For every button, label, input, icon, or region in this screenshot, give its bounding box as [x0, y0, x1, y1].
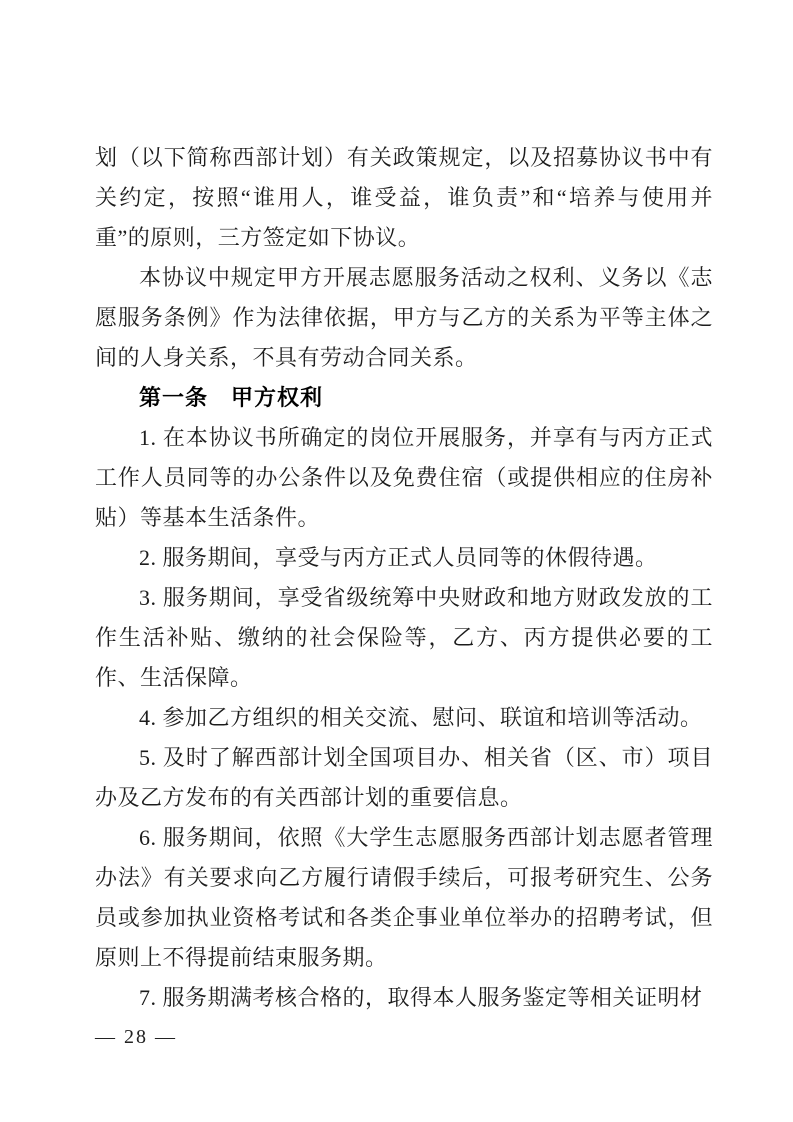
document-page: 划（以下简称西部计划）有关政策规定，以及招募协议书中有关约定，按照“谁用人，谁受… — [0, 0, 793, 1122]
clause-2: 2. 服务期间，享受与丙方正式人员同等的休假待遇。 — [95, 538, 713, 578]
paragraph-continuation: 划（以下简称西部计划）有关政策规定，以及招募协议书中有关约定，按照“谁用人，谁受… — [95, 138, 713, 258]
paragraph-intro: 本协议中规定甲方开展志愿服务活动之权利、义务以《志愿服务条例》作为法律依据，甲方… — [95, 258, 713, 378]
section-heading-article-1: 第一条 甲方权利 — [95, 378, 713, 418]
clause-1: 1. 在本协议书所确定的岗位开展服务，并享有与丙方正式工作人员同等的办公条件以及… — [95, 418, 713, 538]
document-body: 划（以下简称西部计划）有关政策规定，以及招募协议书中有关约定，按照“谁用人，谁受… — [95, 138, 713, 1018]
clause-7: 7. 服务期满考核合格的，取得本人服务鉴定等相关证明材 — [95, 978, 713, 1018]
clause-6: 6. 服务期间，依照《大学生志愿服务西部计划志愿者管理办法》有关要求向乙方履行请… — [95, 818, 713, 978]
page-number: — 28 — — [95, 1022, 177, 1052]
clause-3: 3. 服务期间，享受省级统筹中央财政和地方财政发放的工作生活补贴、缴纳的社会保险… — [95, 578, 713, 698]
clause-5: 5. 及时了解西部计划全国项目办、相关省（区、市）项目办及乙方发布的有关西部计划… — [95, 738, 713, 818]
clause-4: 4. 参加乙方组织的相关交流、慰问、联谊和培训等活动。 — [95, 698, 713, 738]
